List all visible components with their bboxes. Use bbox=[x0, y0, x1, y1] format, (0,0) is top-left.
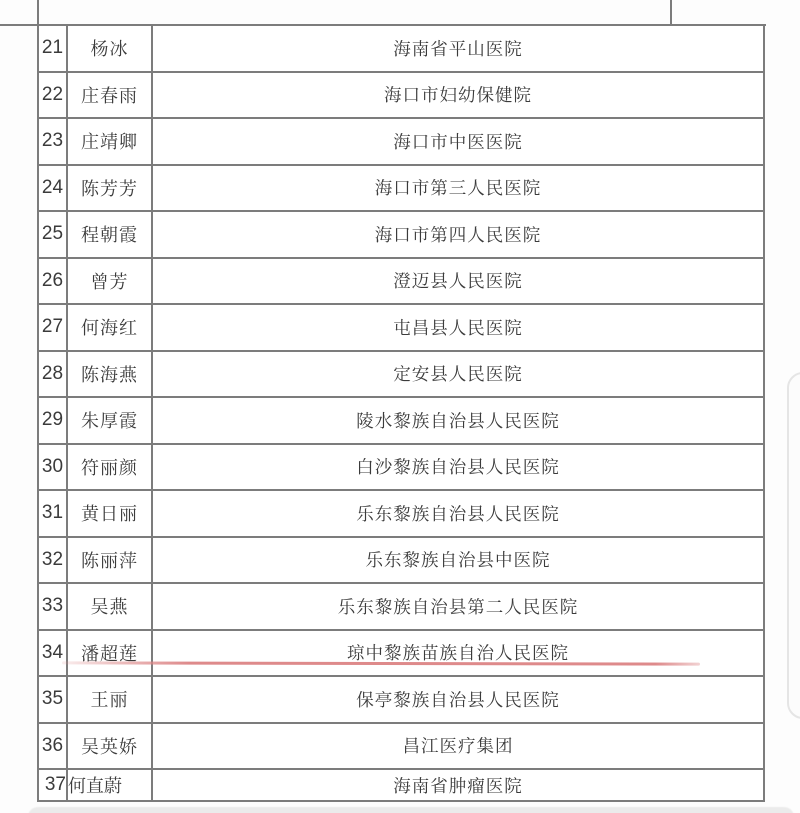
hospital-name-cell: 海南省肿瘤医院 bbox=[153, 770, 763, 800]
person-name-cell: 吴英娇 bbox=[68, 724, 153, 769]
person-name-cell: 陈丽萍 bbox=[68, 538, 153, 583]
person-name-cell: 王丽 bbox=[68, 677, 153, 722]
document-page: 21 杨冰 海南省平山医院 22 庄春雨 海口市妇幼保健院 23 庄靖卿 海口市… bbox=[0, 0, 800, 813]
roster-table: 21 杨冰 海南省平山医院 22 庄春雨 海口市妇幼保健院 23 庄靖卿 海口市… bbox=[37, 26, 765, 802]
table-row: 36 吴英娇 昌江医疗集团 bbox=[39, 724, 763, 771]
table-row: 31 黄日丽 乐东黎族自治县人民医院 bbox=[39, 491, 763, 538]
hospital-name-cell: 澄迈县人民医院 bbox=[153, 259, 763, 304]
hospital-name-cell: 海口市第三人民医院 bbox=[153, 166, 763, 211]
person-name-cell: 陈芳芳 bbox=[68, 166, 153, 211]
row-number-cell: 36 bbox=[39, 724, 68, 769]
hospital-name-cell: 乐东黎族自治县第二人民医院 bbox=[153, 584, 763, 629]
row-number-cell: 22 bbox=[39, 73, 68, 118]
hospital-name-cell: 保亭黎族自治县人民医院 bbox=[153, 677, 763, 722]
row-number-cell: 29 bbox=[39, 398, 68, 443]
hospital-name-cell: 乐东黎族自治县中医院 bbox=[153, 538, 763, 583]
hospital-name-cell: 昌江医疗集团 bbox=[153, 724, 763, 769]
previous-row-column-border bbox=[670, 0, 672, 25]
person-name-cell: 程朝霞 bbox=[68, 212, 153, 257]
hospital-name-cell: 白沙黎族自治县人民医院 bbox=[153, 445, 763, 490]
row-number-cell: 33 bbox=[39, 584, 68, 629]
table-row: 32 陈丽萍 乐东黎族自治县中医院 bbox=[39, 538, 763, 585]
row-number-cell: 23 bbox=[39, 119, 68, 164]
table-body: 21 杨冰 海南省平山医院 22 庄春雨 海口市妇幼保健院 23 庄靖卿 海口市… bbox=[39, 26, 763, 802]
hospital-name-cell: 乐东黎族自治县人民医院 bbox=[153, 491, 763, 536]
table-row: 30 符丽颜 白沙黎族自治县人民医院 bbox=[39, 445, 763, 492]
person-name-cell: 何海红 bbox=[68, 305, 153, 350]
row-number-cell: 34 bbox=[39, 631, 68, 676]
table-row: 22 庄春雨 海口市妇幼保健院 bbox=[39, 73, 763, 120]
person-name-cell: 符丽颜 bbox=[68, 445, 153, 490]
row-number-cell: 26 bbox=[39, 259, 68, 304]
table-row: 33 吴燕 乐东黎族自治县第二人民医院 bbox=[39, 584, 763, 631]
previous-row-left-border bbox=[37, 0, 39, 25]
row-number-cell: 32 bbox=[39, 538, 68, 583]
table-row: 29 朱厚霞 陵水黎族自治县人民医院 bbox=[39, 398, 763, 445]
hospital-name-cell: 海口市中医医院 bbox=[153, 119, 763, 164]
table-row: 34 潘超莲 琼中黎族苗族自治人民医院 bbox=[39, 631, 763, 678]
hospital-name-cell: 琼中黎族苗族自治人民医院 bbox=[153, 631, 763, 676]
hospital-name-cell: 屯昌县人民医院 bbox=[153, 305, 763, 350]
table-row: 25 程朝霞 海口市第四人民医院 bbox=[39, 212, 763, 259]
row-number-cell: 27 bbox=[39, 305, 68, 350]
hospital-name-cell: 海口市妇幼保健院 bbox=[153, 73, 763, 118]
person-name-cell: 何直蔚 bbox=[68, 770, 153, 800]
person-name-cell: 庄春雨 bbox=[68, 73, 153, 118]
person-name-cell: 曾芳 bbox=[68, 259, 153, 304]
right-edge-rounded-overlay bbox=[787, 372, 800, 719]
hospital-name-cell: 海南省平山医院 bbox=[153, 26, 763, 71]
row-number-cell: 28 bbox=[39, 352, 68, 397]
row-number-cell: 30 bbox=[39, 445, 68, 490]
hospital-name-cell: 定安县人民医院 bbox=[153, 352, 763, 397]
table-row: 21 杨冰 海南省平山医院 bbox=[39, 26, 763, 73]
person-name-cell: 黄日丽 bbox=[68, 491, 153, 536]
person-name-cell: 杨冰 bbox=[68, 26, 153, 71]
bottom-card-edge bbox=[28, 807, 794, 813]
row-number-cell: 37 bbox=[39, 770, 68, 800]
person-name-cell: 潘超莲 bbox=[68, 631, 153, 676]
table-row: 27 何海红 屯昌县人民医院 bbox=[39, 305, 763, 352]
table-row: 28 陈海燕 定安县人民医院 bbox=[39, 352, 763, 399]
person-name-cell: 朱厚霞 bbox=[68, 398, 153, 443]
table-row: 37 何直蔚 海南省肿瘤医院 bbox=[39, 770, 763, 802]
hospital-name-cell: 陵水黎族自治县人民医院 bbox=[153, 398, 763, 443]
person-name-cell: 吴燕 bbox=[68, 584, 153, 629]
person-name-cell: 陈海燕 bbox=[68, 352, 153, 397]
row-number-cell: 35 bbox=[39, 677, 68, 722]
row-number-cell: 24 bbox=[39, 166, 68, 211]
table-row: 26 曾芳 澄迈县人民医院 bbox=[39, 259, 763, 306]
table-row: 24 陈芳芳 海口市第三人民医院 bbox=[39, 166, 763, 213]
row-number-cell: 21 bbox=[39, 26, 68, 71]
row-number-cell: 31 bbox=[39, 491, 68, 536]
person-name-cell: 庄靖卿 bbox=[68, 119, 153, 164]
hospital-name-cell: 海口市第四人民医院 bbox=[153, 212, 763, 257]
table-row: 35 王丽 保亭黎族自治县人民医院 bbox=[39, 677, 763, 724]
row-number-cell: 25 bbox=[39, 212, 68, 257]
table-row: 23 庄靖卿 海口市中医医院 bbox=[39, 119, 763, 166]
